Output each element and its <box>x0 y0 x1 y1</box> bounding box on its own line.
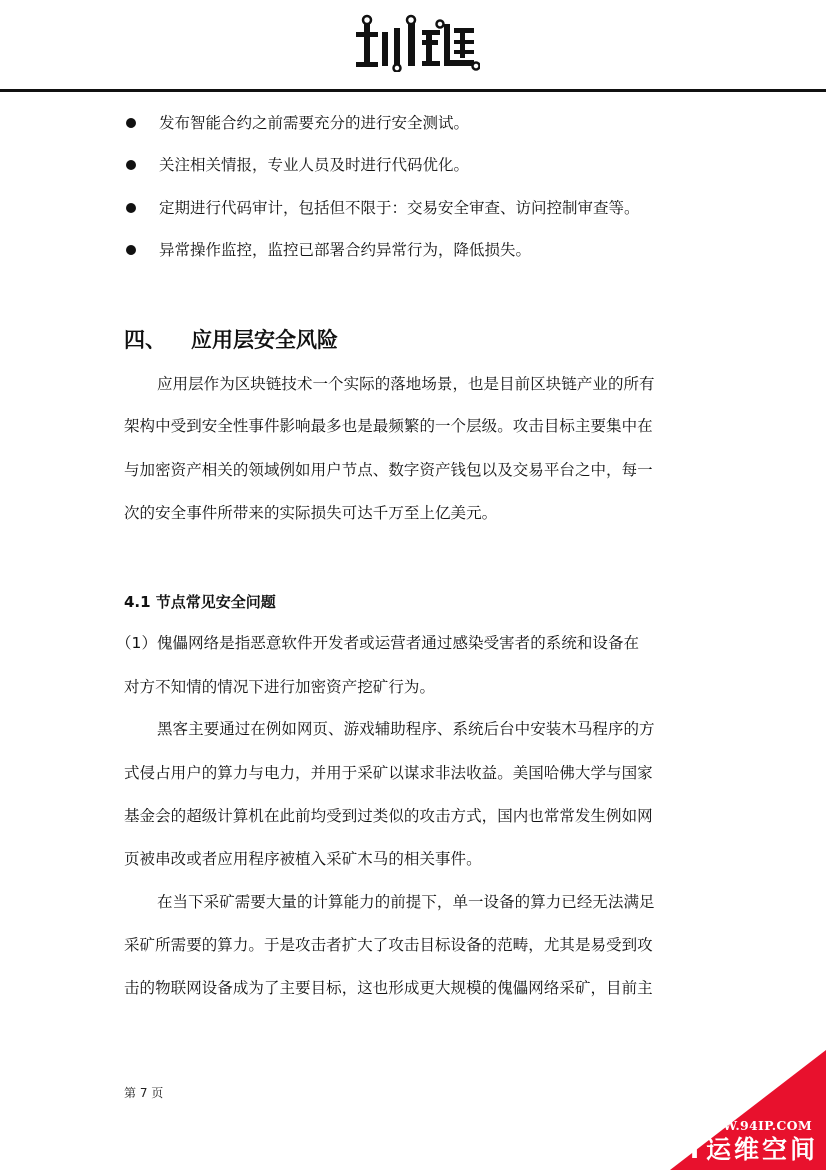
bullet-text: 关注相关情报，专业人员及时进行代码优化。 <box>159 155 469 175</box>
page-number: 第 7 页 <box>124 1084 163 1101</box>
bullet-icon <box>126 118 136 128</box>
paragraph-line: 在当下采矿需要大量的计算能力的前提下，单一设备的算力已经无法满足 <box>157 892 655 912</box>
header-divider <box>0 89 826 92</box>
paragraph-line: 应用层作为区块链技术一个实际的落地场景，也是目前区块链产业的所有 <box>157 374 655 394</box>
brand-logo-icon <box>356 14 480 72</box>
bullet-text: 定期进行代码审计，包括但不限于：交易安全审查、访问控制审查等。 <box>159 198 640 218</box>
paragraph-line: 击的物联网设备成为了主要目标，这也形成更大规模的傀儡网络采矿，目前主 <box>124 978 653 998</box>
paragraph-line: 与加密资产相关的领域例如用户节点、数字资产钱包以及交易平台之中，每一 <box>124 460 653 480</box>
page-header <box>0 0 826 92</box>
watermark-badge[interactable]: WWW.94IP.COM IT运维空间 <box>600 1040 826 1170</box>
bullet-text: 异常操作监控，监控已部署合约异常行为，降低损失。 <box>159 240 531 260</box>
section-number: 四、 <box>124 327 166 353</box>
section-title: 应用层安全风险 <box>191 327 338 353</box>
bullet-icon <box>126 203 136 213</box>
bullet-icon <box>126 160 136 170</box>
bullet-icon <box>126 245 136 255</box>
subsection-heading: 4.1 节点常见安全问题 <box>124 591 276 612</box>
paragraph-line: 采矿所需要的算力。于是攻击者扩大了攻击目标设备的范畴，尤其是易受到攻 <box>124 935 653 955</box>
paragraph-line: 式侵占用户的算力与电力，并用于采矿以谋求非法收益。美国哈佛大学与国家 <box>124 763 653 783</box>
paragraph-line: 架构中受到安全性事件影响最多也是最频繁的一个层级。攻击目标主要集中在 <box>124 416 653 436</box>
paragraph-line: 基金会的超级计算机在此前均受到过类似的攻击方式，国内也常常发生例如网 <box>124 806 653 826</box>
paragraph-line: 对方不知情的情况下进行加密资产挖矿行为。 <box>124 677 435 697</box>
paragraph-line: 页被串改或者应用程序被植入采矿木马的相关事件。 <box>124 849 482 869</box>
paragraph-line: 次的安全事件所带来的实际损失可达千万至上亿美元。 <box>124 503 497 523</box>
paragraph-line: 黑客主要通过在例如网页、游戏辅助程序、系统后台中安装木马程序的方 <box>157 719 655 739</box>
bullet-text: 发布智能合约之前需要充分的进行安全测试。 <box>159 113 469 133</box>
watermark-name: IT运维空间 <box>674 1130 818 1166</box>
paragraph-line: （1）傀儡网络是指恶意软件开发者或运营者通过感染受害者的系统和设备在 <box>116 633 639 653</box>
